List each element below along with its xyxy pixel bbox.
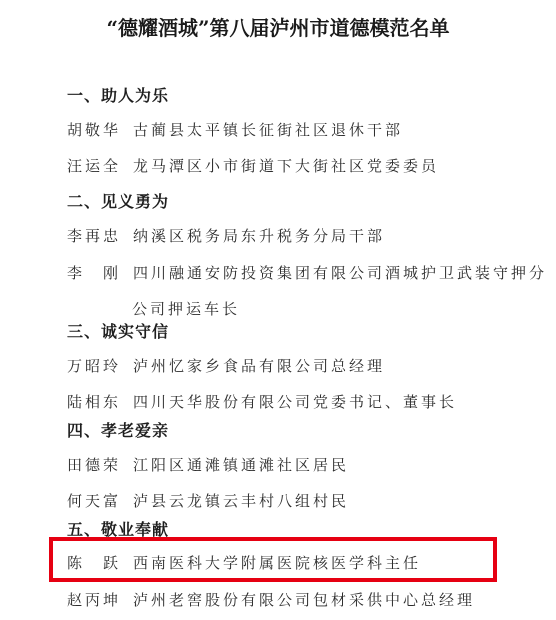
section-heading-4: 四、孝老爱亲	[67, 418, 169, 441]
person-name: 陆相东	[67, 391, 133, 412]
person-name: 李再忠	[67, 225, 133, 246]
person-title: 纳溪区税务局东升税务分局干部	[133, 225, 385, 246]
person-title: 龙马潭区小市街道下大街社区党委委员	[133, 155, 439, 176]
list-item: 陆相东四川天华股份有限公司党委书记、董事长	[67, 391, 457, 412]
person-title: 四川融通安防投资集团有限公司酒城护卫武装守押分	[133, 262, 547, 283]
person-title: 江阳区通滩镇通滩社区居民	[133, 454, 349, 475]
person-name: 田德荣	[67, 454, 133, 475]
person-title: 泸县云龙镇云丰村八组村民	[133, 490, 349, 511]
person-name: 李 刚	[67, 262, 133, 283]
person-title-continuation: 公司押运车长	[132, 298, 240, 319]
document-title: “德耀酒城”第八届泸州市道德模范名单	[0, 12, 556, 41]
list-item: 汪运全龙马潭区小市街道下大街社区党委委员	[67, 155, 439, 176]
person-name: 何天富	[67, 490, 133, 511]
list-item: 李再忠纳溪区税务局东升税务分局干部	[67, 225, 385, 246]
list-item: 胡敬华古蔺县太平镇长征街社区退休干部	[67, 119, 403, 140]
person-name: 陈 跃	[67, 552, 133, 573]
person-name: 赵丙坤	[67, 589, 133, 610]
list-item: 何天富泸县云龙镇云丰村八组村民	[67, 490, 349, 511]
list-item: 万昭玲泸州忆家乡食品有限公司总经理	[67, 355, 385, 376]
section-heading-3: 三、诚实守信	[67, 319, 169, 342]
list-item: 李 刚四川融通安防投资集团有限公司酒城护卫武装守押分	[67, 262, 547, 283]
person-title: 四川天华股份有限公司党委书记、董事长	[133, 391, 457, 412]
person-title: 泸州忆家乡食品有限公司总经理	[133, 355, 385, 376]
person-name: 汪运全	[67, 155, 133, 176]
person-title: 泸州老窖股份有限公司包材采供中心总经理	[133, 589, 475, 610]
list-item: 田德荣江阳区通滩镇通滩社区居民	[67, 454, 349, 475]
list-item-highlighted: 陈 跃西南医科大学附属医院核医学科主任	[67, 552, 421, 573]
section-heading-1: 一、助人为乐	[67, 83, 169, 106]
section-heading-2: 二、见义勇为	[67, 189, 169, 212]
person-title: 西南医科大学附属医院核医学科主任	[133, 552, 421, 573]
person-name: 万昭玲	[67, 355, 133, 376]
person-name: 胡敬华	[67, 119, 133, 140]
list-item: 赵丙坤泸州老窖股份有限公司包材采供中心总经理	[67, 589, 475, 610]
person-title: 古蔺县太平镇长征街社区退休干部	[133, 119, 403, 140]
